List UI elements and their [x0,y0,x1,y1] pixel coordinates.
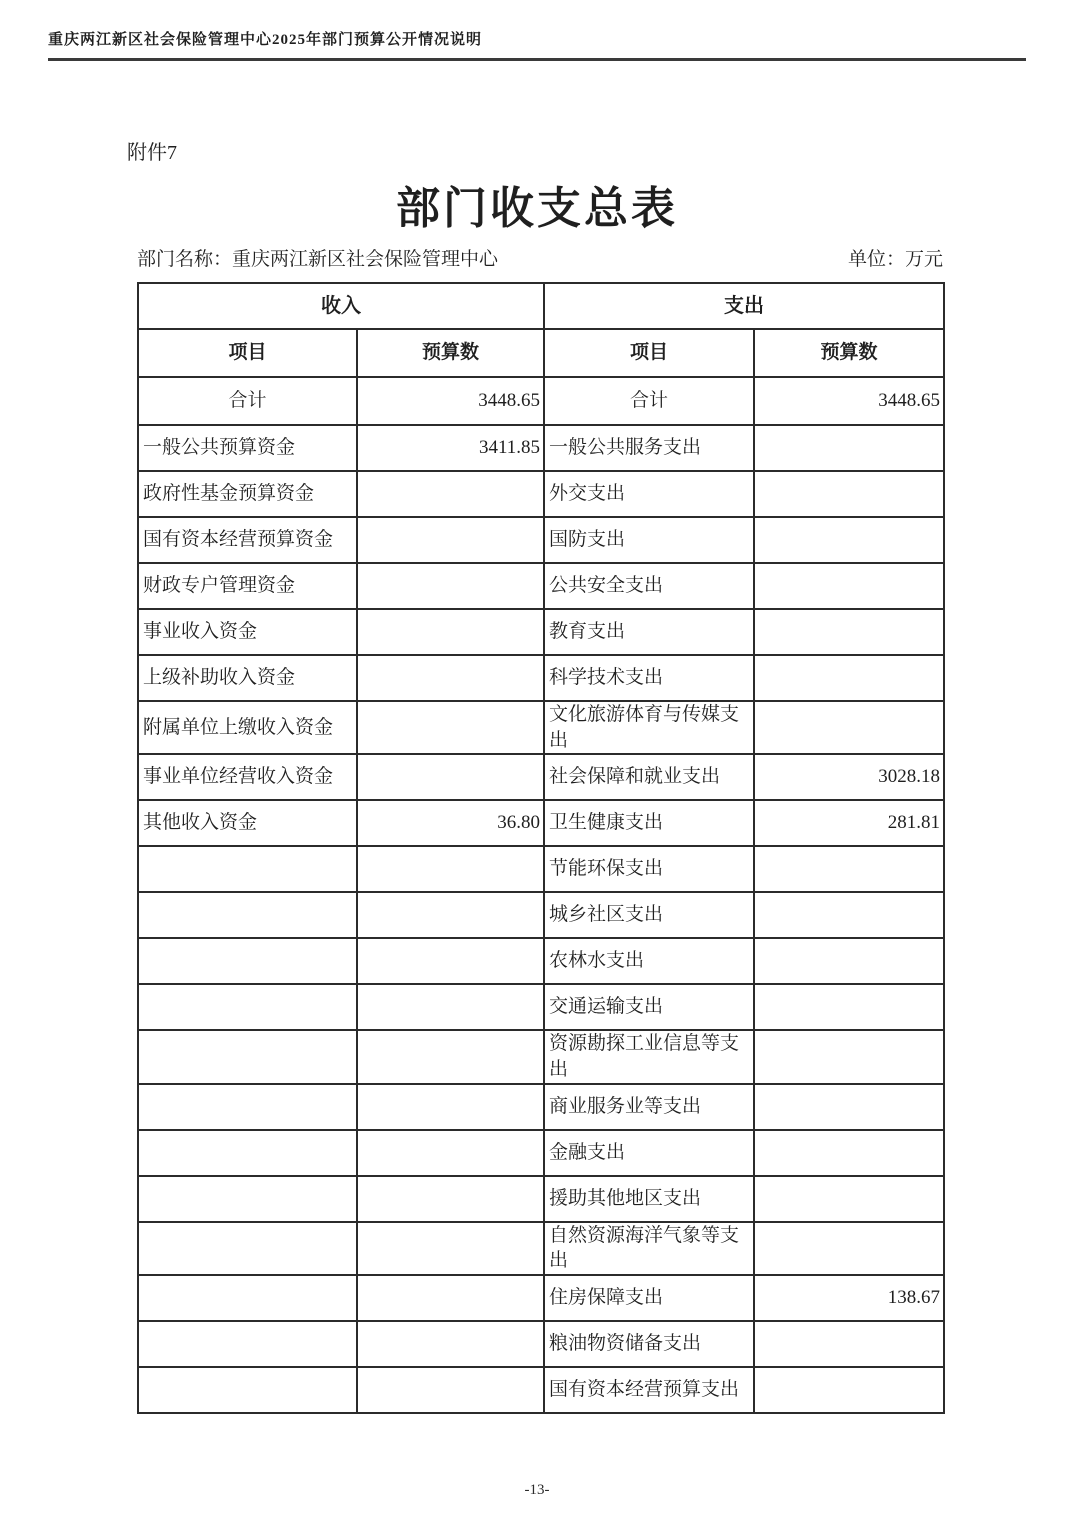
expense-value-cell [754,425,944,471]
income-item-cell [138,1367,357,1413]
income-item-cell [138,1084,357,1130]
income-section-header: 收入 [138,283,544,329]
expense-value-cell [754,892,944,938]
income-item-cell [138,892,357,938]
table-row: 国有资本经营预算资金国防支出 [138,517,944,563]
table-row: 金融支出 [138,1130,944,1176]
income-value-cell [357,892,544,938]
expense-value-cell: 138.67 [754,1275,944,1321]
income-item-cell [138,1222,357,1275]
expense-item-cell: 交通运输支出 [544,984,754,1030]
expense-value-cell [754,471,944,517]
expense-value-cell [754,1130,944,1176]
table-row: 一般公共预算资金3411.85一般公共服务支出 [138,425,944,471]
income-value-cell [357,1367,544,1413]
expense-item-cell: 粮油物资储备支出 [544,1321,754,1367]
income-item-column-header: 项目 [138,329,357,377]
income-value-cell [357,1030,544,1083]
table-row: 城乡社区支出 [138,892,944,938]
expense-section-header: 支出 [544,283,944,329]
expense-item-cell: 文化旅游体育与传媒支出 [544,701,754,754]
expense-item-cell: 社会保障和就业支出 [544,754,754,800]
expense-item-cell: 科学技术支出 [544,655,754,701]
income-item-cell [138,1275,357,1321]
table-row: 粮油物资储备支出 [138,1321,944,1367]
table-row: 商业服务业等支出 [138,1084,944,1130]
expense-item-cell: 农林水支出 [544,938,754,984]
expense-item-cell: 资源勘探工业信息等支出 [544,1030,754,1083]
table-row: 财政专户管理资金公共安全支出 [138,563,944,609]
expense-total-value: 3448.65 [754,377,944,425]
document-header: 重庆两江新区社会保险管理中心2025年部门预算公开情况说明 [48,28,1026,61]
expense-item-cell: 国有资本经营预算支出 [544,1367,754,1413]
table-row: 上级补助收入资金科学技术支出 [138,655,944,701]
budget-summary-table: 收入 支出 项目 预算数 项目 预算数 合计 3448.65 合计 3448.6… [137,282,945,1414]
expense-value-cell [754,1176,944,1222]
income-total-value: 3448.65 [357,377,544,425]
expense-item-cell: 商业服务业等支出 [544,1084,754,1130]
income-value-cell [357,609,544,655]
table-row: 政府性基金预算资金外交支出 [138,471,944,517]
expense-value-cell [754,609,944,655]
income-value-cell [357,1321,544,1367]
table-row: 其他收入资金36.80卫生健康支出281.81 [138,800,944,846]
income-item-cell: 政府性基金预算资金 [138,471,357,517]
expense-value-cell [754,1222,944,1275]
income-value-cell [357,1176,544,1222]
expense-item-column-header: 项目 [544,329,754,377]
income-item-cell: 国有资本经营预算资金 [138,517,357,563]
expense-value-cell [754,563,944,609]
income-total-label: 合计 [138,377,357,425]
expense-value-cell [754,701,944,754]
expense-item-cell: 住房保障支出 [544,1275,754,1321]
table-row: 住房保障支出138.67 [138,1275,944,1321]
income-value-cell [357,471,544,517]
table-row: 资源勘探工业信息等支出 [138,1030,944,1083]
expense-total-label: 合计 [544,377,754,425]
income-item-cell: 事业收入资金 [138,609,357,655]
income-value-cell [357,563,544,609]
income-value-cell [357,1222,544,1275]
expense-item-cell: 国防支出 [544,517,754,563]
column-header-row: 项目 预算数 项目 预算数 [138,329,944,377]
income-value-cell [357,701,544,754]
income-item-cell: 事业单位经营收入资金 [138,754,357,800]
expense-value-cell [754,1084,944,1130]
table-row: 事业收入资金教育支出 [138,609,944,655]
expense-item-cell: 一般公共服务支出 [544,425,754,471]
income-item-cell [138,1130,357,1176]
expense-value-cell [754,846,944,892]
income-value-cell: 36.80 [357,800,544,846]
total-row: 合计 3448.65 合计 3448.65 [138,377,944,425]
expense-value-cell [754,1367,944,1413]
expense-budget-column-header: 预算数 [754,329,944,377]
table-row: 自然资源海洋气象等支出 [138,1222,944,1275]
income-item-cell: 上级补助收入资金 [138,655,357,701]
income-value-cell [357,1130,544,1176]
expense-value-cell [754,1030,944,1083]
income-value-cell [357,754,544,800]
income-value-cell [357,517,544,563]
table-row: 事业单位经营收入资金社会保障和就业支出3028.18 [138,754,944,800]
expense-item-cell: 自然资源海洋气象等支出 [544,1222,754,1275]
expense-item-cell: 教育支出 [544,609,754,655]
income-item-cell [138,1321,357,1367]
page-number: -13- [0,1482,1074,1499]
table-row: 国有资本经营预算支出 [138,1367,944,1413]
expense-item-cell: 金融支出 [544,1130,754,1176]
expense-value-cell [754,517,944,563]
income-value-cell [357,984,544,1030]
expense-item-cell: 援助其他地区支出 [544,1176,754,1222]
income-item-cell: 一般公共预算资金 [138,425,357,471]
income-value-cell [357,1084,544,1130]
section-header-row: 收入 支出 [138,283,944,329]
expense-item-cell: 公共安全支出 [544,563,754,609]
income-item-cell [138,1176,357,1222]
expense-item-cell: 卫生健康支出 [544,800,754,846]
department-name-label: 部门名称：重庆两江新区社会保险管理中心 [137,244,498,271]
expense-value-cell [754,1321,944,1367]
income-value-cell [357,655,544,701]
income-item-cell: 财政专户管理资金 [138,563,357,609]
income-item-cell [138,846,357,892]
income-item-cell [138,938,357,984]
table-meta-row: 部门名称：重庆两江新区社会保险管理中心 单位：万元 [137,244,943,271]
expense-item-cell: 外交支出 [544,471,754,517]
table-row: 农林水支出 [138,938,944,984]
expense-value-cell: 281.81 [754,800,944,846]
income-item-cell: 其他收入资金 [138,800,357,846]
table-row: 节能环保支出 [138,846,944,892]
income-value-cell [357,846,544,892]
income-value-cell: 3411.85 [357,425,544,471]
expense-item-cell: 节能环保支出 [544,846,754,892]
income-item-cell [138,1030,357,1083]
page-title: 部门收支总表 [0,172,1074,236]
income-value-cell [357,1275,544,1321]
expense-item-cell: 城乡社区支出 [544,892,754,938]
table-row: 附属单位上缴收入资金文化旅游体育与传媒支出 [138,701,944,754]
expense-value-cell [754,655,944,701]
expense-value-cell [754,938,944,984]
table-row: 交通运输支出 [138,984,944,1030]
income-item-cell [138,984,357,1030]
unit-label: 单位：万元 [848,244,943,271]
expense-value-cell: 3028.18 [754,754,944,800]
income-value-cell [357,938,544,984]
income-budget-column-header: 预算数 [357,329,544,377]
expense-value-cell [754,984,944,1030]
attachment-label: 附件7 [127,136,177,165]
table-row: 援助其他地区支出 [138,1176,944,1222]
income-item-cell: 附属单位上缴收入资金 [138,701,357,754]
